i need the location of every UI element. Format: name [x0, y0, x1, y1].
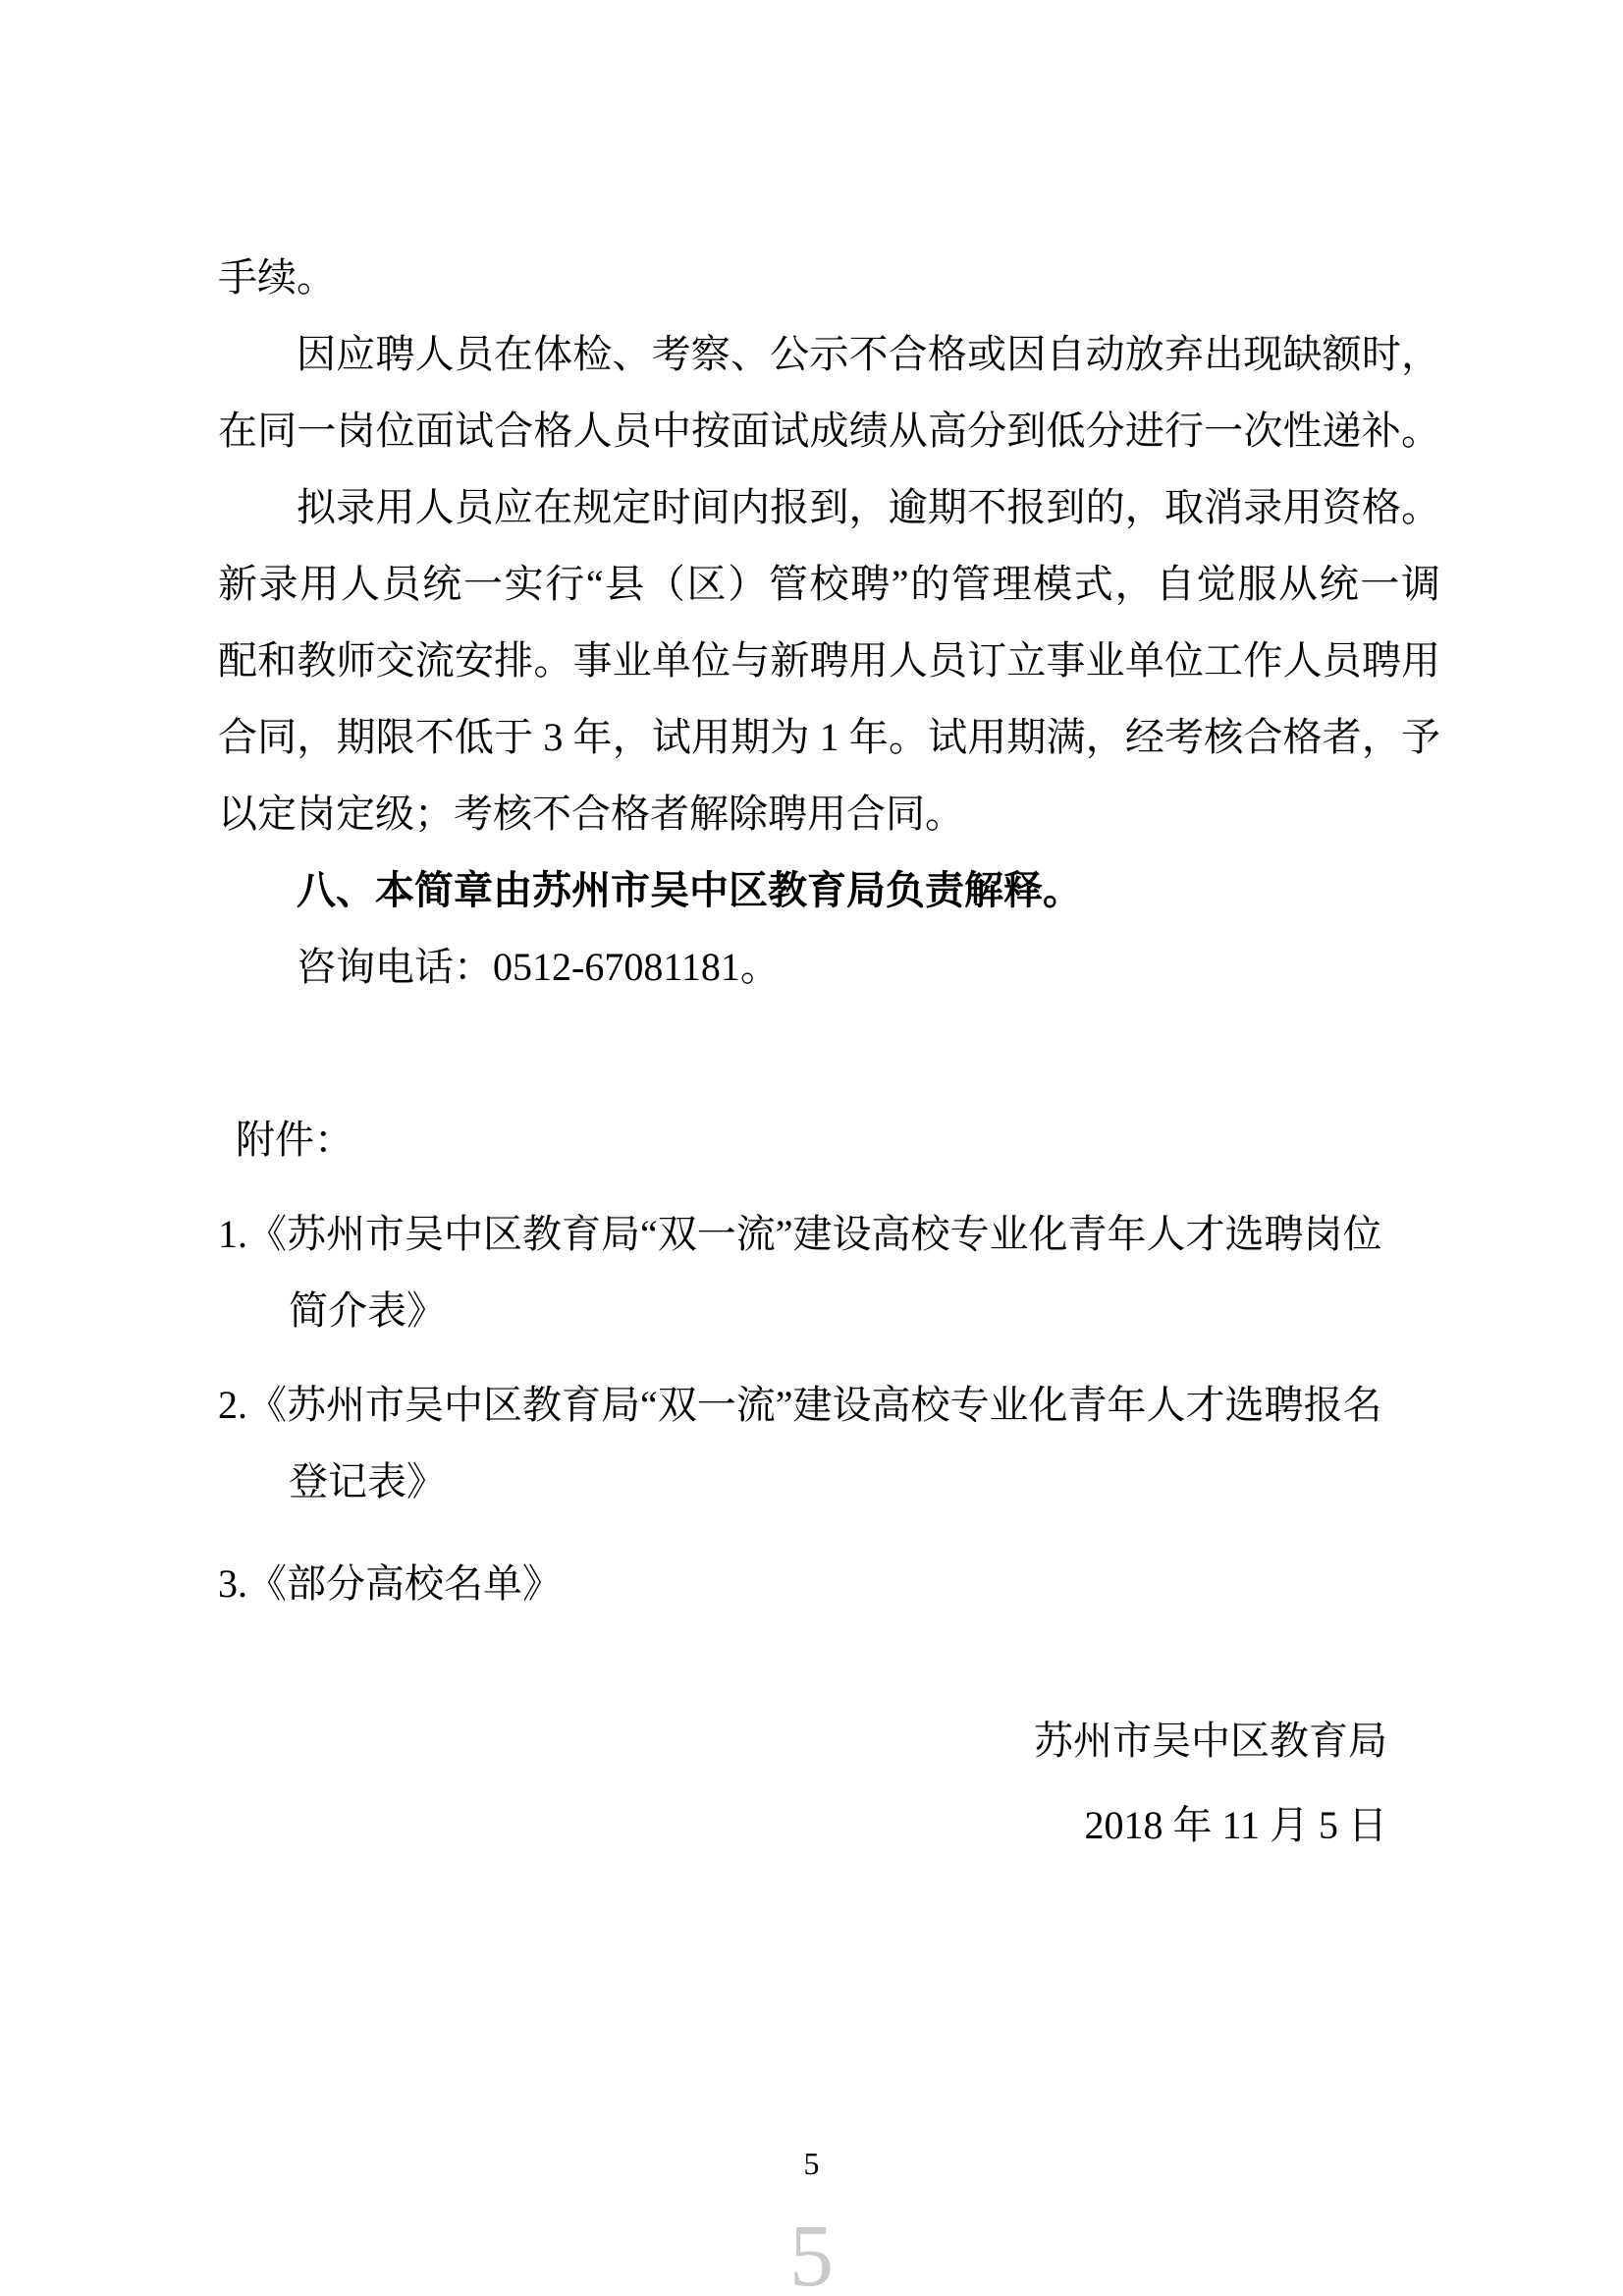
- body-text-block: 手续。 因应聘人员在体检、考察、公示不合格或因自动放弃出现缺额时， 在同一岗位面…: [218, 240, 1440, 1006]
- attachment-item-3-line-1: 3.《部分高校名单》: [218, 1546, 1455, 1622]
- attachment-item-1-line-2: 简介表》: [289, 1273, 1455, 1349]
- attachments-label: 附件：: [236, 1102, 1455, 1178]
- attachments-section: 附件： 1.《苏州市吴中区教育局“双一流”建设高校专业化青年人才选聘岗位 简介表…: [218, 1102, 1455, 1622]
- attachment-item-2: 2.《苏州市吴中区教育局“双一流”建设高校专业化青年人才选聘报名 登记表》: [218, 1367, 1455, 1520]
- signature-block: 苏州市吴中区教育局 2018 年 11 月 5 日: [1034, 1699, 1387, 1868]
- attachment-item-1: 1.《苏州市吴中区教育局“双一流”建设高校专业化青年人才选聘岗位 简介表》: [218, 1196, 1455, 1349]
- body-line: 在同一岗位面试合格人员中按面试成绩从高分到低分进行一次性递补。: [218, 393, 1440, 469]
- page-number: 5: [0, 2147, 1623, 2180]
- document-page: 手续。 因应聘人员在体检、考察、公示不合格或因自动放弃出现缺额时， 在同一岗位面…: [0, 0, 1623, 2296]
- section-heading: 八、本简章由苏州市吴中区教育局负责解释。: [218, 852, 1440, 929]
- page-number-watermark: 5: [0, 2213, 1623, 2296]
- body-line: 配和教师交流安排。事业单位与新聘用人员订立事业单位工作人员聘用: [218, 623, 1440, 699]
- contact-phone-line: 咨询电话：0512-67081181。: [218, 929, 1440, 1006]
- body-line: 因应聘人员在体检、考察、公示不合格或因自动放弃出现缺额时，: [218, 316, 1440, 393]
- attachment-item-1-line-1: 1.《苏州市吴中区教育局“双一流”建设高校专业化青年人才选聘岗位: [218, 1196, 1455, 1273]
- attachment-item-2-line-2: 登记表》: [289, 1444, 1455, 1520]
- signature-date: 2018 年 11 月 5 日: [1034, 1783, 1387, 1868]
- body-line: 新录用人员统一实行“县（区）管校聘”的管理模式，自觉服从统一调: [218, 546, 1440, 623]
- body-line-carryover: 手续。: [218, 240, 1440, 316]
- body-line: 以定岗定级；考核不合格者解除聘用合同。: [218, 776, 1440, 852]
- attachment-item-2-line-1: 2.《苏州市吴中区教育局“双一流”建设高校专业化青年人才选聘报名: [218, 1367, 1455, 1444]
- signature-org: 苏州市吴中区教育局: [1034, 1699, 1387, 1783]
- attachment-item-3: 3.《部分高校名单》: [218, 1546, 1455, 1622]
- body-line: 合同，期限不低于 3 年，试用期为 1 年。试用期满，经考核合格者，予: [218, 699, 1440, 776]
- body-line: 拟录用人员应在规定时间内报到，逾期不报到的，取消录用资格。: [218, 469, 1440, 546]
